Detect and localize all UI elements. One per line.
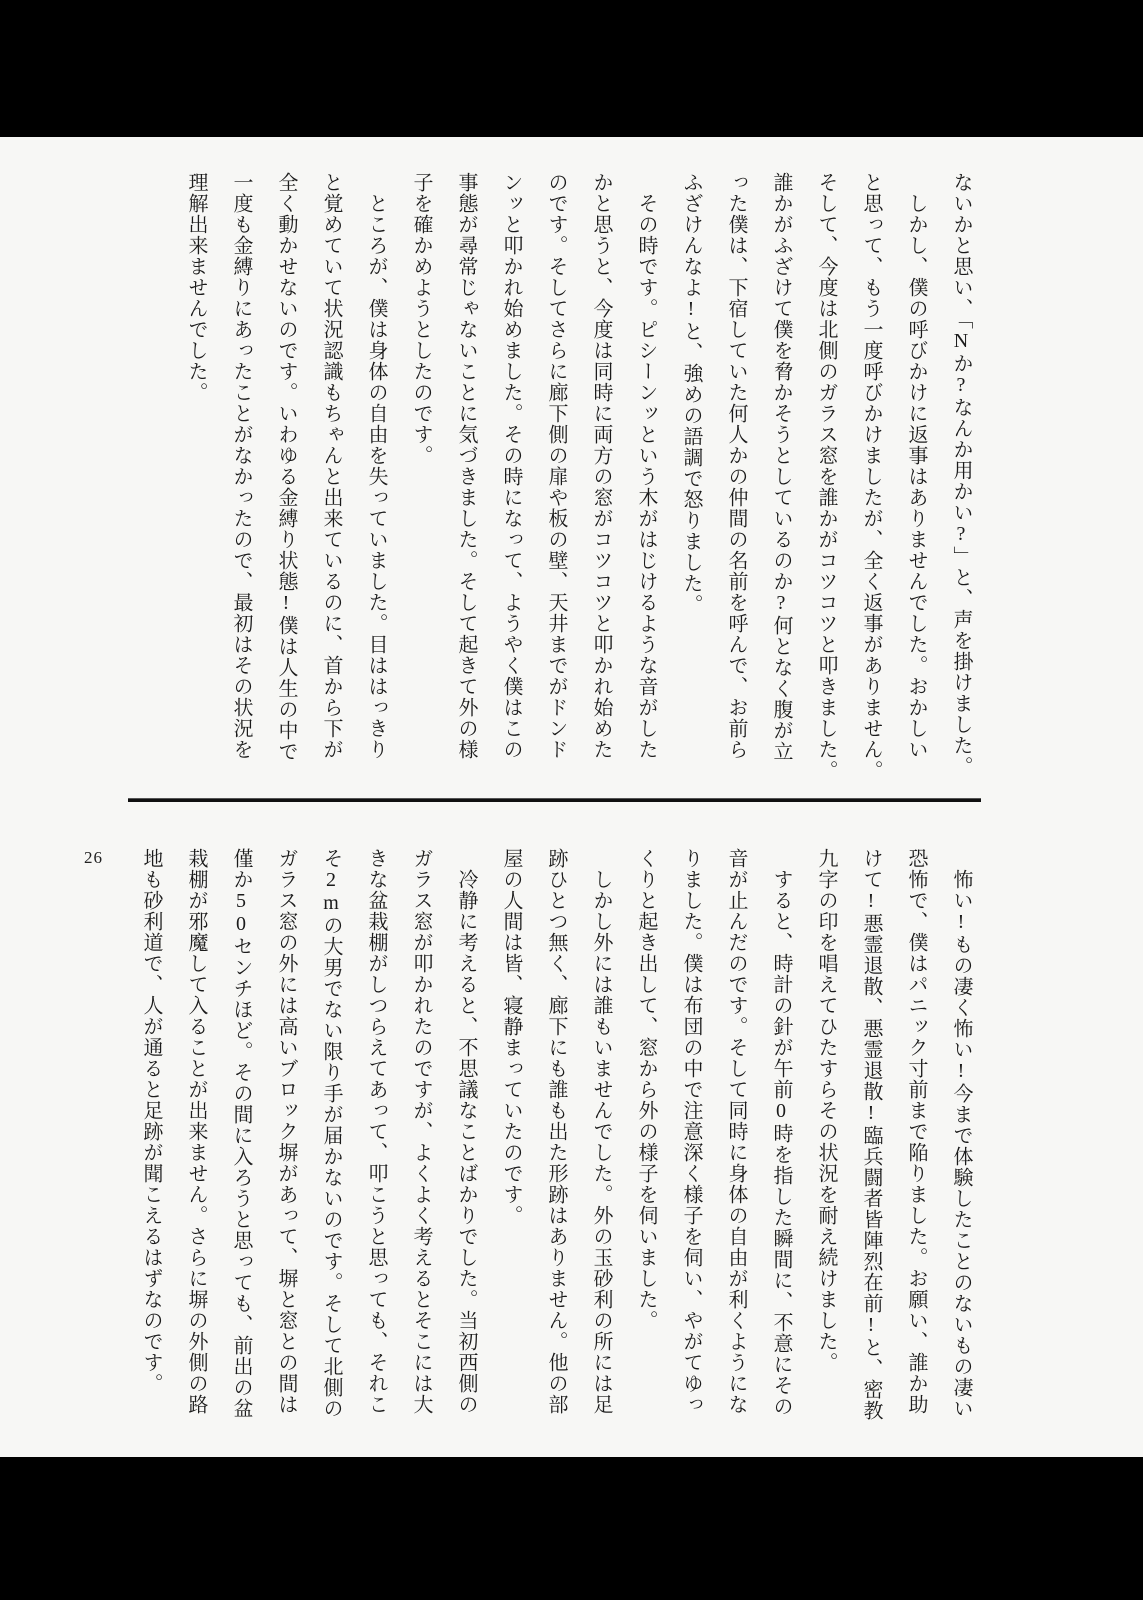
text-column: 音が止んだのです。そして同時に身体の自由が利くようにな: [713, 848, 758, 1448]
text-column: ないかと思い、「Nか?なんか用かい?」と、声を掛けました。: [938, 172, 983, 820]
bottom-text-block: 怖い!もの凄く怖い!今まで体験したことのないもの凄い 恐怖で、僕はパニック寸前ま…: [128, 848, 983, 1448]
text-column: った僕は、下宿していた何人かの仲間の名前を呼んで、お前ら: [713, 172, 758, 820]
text-column: ガラス窓の外には高いブロック塀があって、塀と窓との間は: [263, 848, 308, 1448]
text-column: 怖い!もの凄く怖い!今まで体験したことのないもの凄い: [938, 848, 983, 1448]
text-column: そ2mの大男でない限り手が届かないのです。そして北側の: [308, 848, 353, 1448]
text-column: 跡ひとつ無く、廊下にも誰も出た形跡はありません。他の部: [533, 848, 578, 1448]
text-column: 地も砂利道で、人が通ると足跡が聞こえるはずなのです。: [128, 848, 173, 1448]
text-column: と思って、もう一度呼びかけましたが、全く返事がありません。: [848, 172, 893, 820]
text-column: しかし外には誰もいませんでした。外の玉砂利の所には足: [578, 848, 623, 1448]
text-column: しかし、僕の呼びかけに返事はありませんでした。おかしい: [893, 172, 938, 820]
text-column: 恐怖で、僕はパニック寸前まで陥りました。お願い、誰か助: [893, 848, 938, 1448]
text-column: きな盆栽棚がしつらえてあって、叩こうと思っても、それこ: [353, 848, 398, 1448]
text-column: 事態が尋常じゃないことに気づきました。そして起きて外の様: [443, 172, 488, 820]
text-column: その時です。ピシーンッという木がはじけるような音がした: [623, 172, 668, 820]
text-column: 全く動かせないのです。いわゆる金縛り状態!僕は人生の中で: [263, 172, 308, 820]
text-column: 僅か50センチほど。その間に入ろうと思っても、前出の盆: [218, 848, 263, 1448]
text-column: すると、時計の針が午前0時を指した瞬間に、不意にその: [758, 848, 803, 1448]
text-column: りました。僕は布団の中で注意深く様子を伺い、やがてゆっ: [668, 848, 713, 1448]
text-column: と覚めていて状況認識もちゃんと出来ているのに、首から下が: [308, 172, 353, 820]
text-column: のです。そしてさらに廊下側の扉や板の壁、天井までがドンド: [533, 172, 578, 820]
text-column: ガラス窓が叩かれたのですが、よくよく考えるとそこには大: [398, 848, 443, 1448]
text-column: 一度も金縛りにあったことがなかったので、最初はその状況を: [218, 172, 263, 820]
text-column: 屋の人間は皆、寝静まっていたのです。: [488, 848, 533, 1448]
page-number: 26: [84, 848, 103, 868]
top-text-block: ないかと思い、「Nか?なんか用かい?」と、声を掛けました。 しかし、僕の呼びかけ…: [173, 172, 983, 820]
text-column: 九字の印を唱えてひたすらその状況を耐え続けました。: [803, 848, 848, 1448]
text-column: ンッと叩かれ始めました。その時になって、ようやく僕はこの: [488, 172, 533, 820]
section-divider-rule: [128, 798, 981, 802]
text-column: けて!悪霊退散、悪霊退散!臨兵闘者皆陣烈在前!と、密教: [848, 848, 893, 1448]
text-column: そして、今度は北側のガラス窓を誰かがコツコツと叩きました。: [803, 172, 848, 820]
text-column: ふざけんなよ!と、強めの語調で怒りました。: [668, 172, 713, 820]
text-column: かと思うと、今度は同時に両方の窓がコツコツと叩かれ始めた: [578, 172, 623, 820]
text-column: 誰かがふざけて僕を脅かそうとしているのか?何となく腹が立: [758, 172, 803, 820]
book-spread-background: { "page": { "number": "26" }, "colors": …: [0, 0, 1143, 1600]
text-column: 子を確かめようとしたのです。: [398, 172, 443, 820]
book-page-paper: ないかと思い、「Nか?なんか用かい?」と、声を掛けました。 しかし、僕の呼びかけ…: [0, 137, 1143, 1457]
text-column: くりと起き出して、窓から外の様子を伺いました。: [623, 848, 668, 1448]
text-column: ところが、僕は身体の自由を失っていました。目ははっきり: [353, 172, 398, 820]
text-column: 栽棚が邪魔して入ることが出来ません。さらに塀の外側の路: [173, 848, 218, 1448]
text-column: 理解出来ませんでした。: [173, 172, 218, 820]
text-column: 冷静に考えると、不思議なことばかりでした。当初西側の: [443, 848, 488, 1448]
